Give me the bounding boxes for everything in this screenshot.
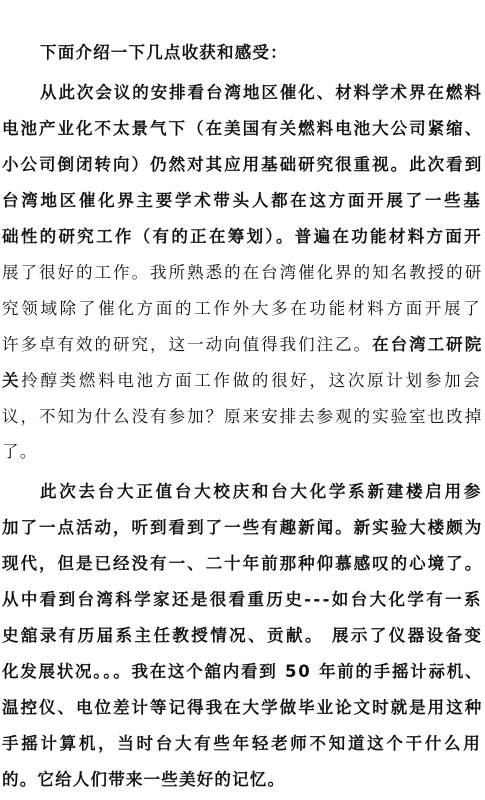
text-line-content: 础性的研究工作（有的正在筹划）。普遍在功能材料方面开 (2, 227, 483, 246)
text-line: 加了一点活动，听到看到了一些有趣新闻。新实验大楼颇为 (2, 518, 483, 538)
text-line-content: 下面介绍一下几点收获和感受： (40, 43, 288, 62)
text-line-tail: 在台湾工研院 (372, 335, 483, 354)
text-line-content: 小公司倒闭转向）仍然对其应用基础研究很重视。此次看到 (2, 155, 483, 174)
text-line: 从此次会议的安排看台湾地区催化、材料学术界在燃料 (40, 83, 483, 103)
text-line-content: 关 (2, 371, 21, 390)
text-line-content: 许多卓有效的研究，这一动向值得我们注乙。 (2, 335, 372, 354)
text-line-content: 从此次会议的安排看台湾地区催化、材料学术界在燃料 (40, 83, 483, 102)
text-line: 从中看到台湾科学家还是很看重历史---如台大化学有一系 (2, 590, 483, 610)
text-line-content: 现代，但是已经没有一、二十年前那种仰慕感叹的心境了。 (2, 554, 483, 573)
text-line: 小公司倒闭转向）仍然对其应用基础研究很重视。此次看到 (2, 155, 483, 175)
text-line: 化发展状况。。。我在这个舘内看到 50 年前的手摇计祘机、 (2, 662, 483, 682)
text-line-tail: 拎醇类燃料电池方面工作做的很好，这次原计划参加会 (21, 371, 482, 390)
text-line-content: 究领域除了催化方面的工作外大多在功能材料方面开展了 (2, 299, 483, 318)
text-line-content: 议，不知为什么没有参加？原来安排去参观的实验室也攺掉 (2, 407, 483, 426)
text-line: 究领域除了催化方面的工作外大多在功能材料方面开展了 (2, 299, 483, 319)
text-line: 史舘录有历届系主任教授情况、贡献。 展示了仪器设备变 (2, 626, 483, 646)
text-line: 台湾地区催化界主要学术带头人都在这方面开展了一些基 (2, 191, 483, 211)
text-line: 础性的研究工作（有的正在筹划）。普遍在功能材料方面开 (2, 227, 483, 247)
text-line-content: 手摇计算机，当时台大有些年轻老师不知道这个干什么用 (2, 734, 483, 753)
text-line-content: 此次去台大正值台大校庆和台大化学系新建楼启用参 (40, 482, 483, 501)
text-line-content: 史舘录有历届系主任教授情况、贡献。 展示了仪器设备变 (2, 626, 483, 645)
text-line: 下面介绍一下几点收获和感受： (40, 43, 288, 63)
text-line-content: 从中看到台湾科学家还是很看重历史---如台大化学有一系 (2, 590, 483, 609)
text-line-content: 电池产业化不太景气下（在美国有关燃料电池大公司紧缩、 (2, 119, 483, 138)
text-line-content: 温控仪、电位差计等记得我在大学做毕业论文时就是用这种 (2, 698, 483, 717)
text-line-content: 化发展状况。。。我在这个舘内看到 50 年前的手摇计祘机、 (2, 662, 483, 681)
text-line: 展了很好的工作。我所熟悉的在台湾催化界的知名教授的研 (2, 263, 483, 283)
text-line: 许多卓有效的研究，这一动向值得我们注乙。在台湾工研院 (2, 335, 483, 355)
text-line: 手摇计算机，当时台大有些年轻老师不知道这个干什么用 (2, 734, 483, 754)
text-line-content: 台湾地区催化界主要学术带头人都在这方面开展了一些基 (2, 191, 483, 210)
text-line: 现代，但是已经没有一、二十年前那种仰慕感叹的心境了。 (2, 554, 483, 574)
text-line: 温控仪、电位差计等记得我在大学做毕业论文时就是用这种 (2, 698, 483, 718)
text-line-content: 展了很好的工作。我所熟悉的在台湾催化界的知名教授的研 (2, 263, 483, 282)
text-line: 关拎醇类燃料电池方面工作做的很好，这次原计划参加会 (2, 371, 483, 391)
text-line: 电池产业化不太景气下（在美国有关燃料电池大公司紧缩、 (2, 119, 483, 139)
text-line-content: 了。 (2, 442, 37, 461)
text-line: 的。它给人们带来一些美好的记忆。 (2, 770, 285, 790)
text-line-content: 的。它给人们带来一些美好的记忆。 (2, 770, 285, 789)
text-line: 了。 (2, 442, 37, 462)
text-line-content: 加了一点活动，听到看到了一些有趣新闻。新实验大楼颇为 (2, 518, 483, 537)
text-line: 议，不知为什么没有参加？原来安排去参观的实验室也攺掉 (2, 407, 483, 427)
text-line: 此次去台大正值台大校庆和台大化学系新建楼启用参 (40, 482, 483, 502)
